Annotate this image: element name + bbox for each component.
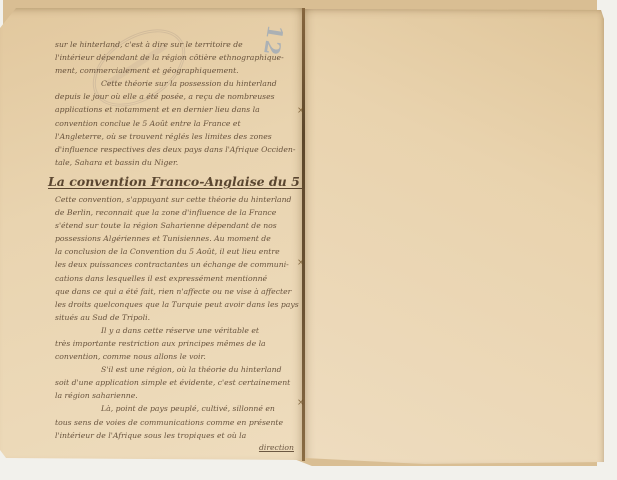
left-page: 12 sur le hinterland, c'est à dire sur l… [0,8,303,460]
manuscript-line: l'intérieur de l'Afrique sous les tropiq… [55,429,298,442]
binding-gutter [302,8,305,461]
manuscript-line: Il y a dans cette réserve une véritable … [55,324,298,337]
manuscript-line: l'intérieur dépendant de la région côtiè… [55,51,298,64]
left-page-text: sur le hinterland, c'est à dire sur le t… [55,38,298,454]
manuscript-line: applications et notamment et en dernier … [55,103,298,116]
manuscript-line: situés au Sud de Tripoli. [55,311,298,324]
manuscript-line: d'influence respectives des deux pays da… [55,143,298,156]
manuscript-line: soit d'une application simple et évident… [55,376,298,389]
manuscript-line: s'étend sur toute la région Saharienne d… [55,219,298,232]
manuscript-line: sur le hinterland, c'est à dire sur le t… [55,38,298,51]
stitch-mark-icon: × [297,106,305,116]
manuscript-line: Là, point de pays peuplé, cultivé, sillo… [55,402,298,415]
section-heading: La convention Franco-Anglaise du 5 Août. [48,171,298,192]
manuscript-line: convention conclue le 5 Août entre la Fr… [55,117,298,130]
manuscript-line: la conclusion de la Convention du 5 Août… [55,245,298,258]
manuscript-line: cations dans lesquelles il est expressém… [55,272,298,285]
stitch-mark-icon: × [297,258,305,268]
manuscript-line: tale, Sahara et bassin du Niger. [55,156,298,169]
manuscript-line: les deux puissances contractantes un éch… [55,258,298,271]
manuscript-line: possessions Algériennes et Tunisiennes. … [55,232,298,245]
manuscript-line: depuis le jour où elle a été posée, a re… [55,90,298,103]
document-scan: 12 sur le hinterland, c'est à dire sur l… [0,0,617,480]
manuscript-line: que dans ce qui a été fait, rien n'affec… [55,285,298,298]
manuscript-line: la région saharienne. [55,389,298,402]
manuscript-line: tous sens de voies de communications com… [55,416,298,429]
manuscript-scan: { "colors": { "paper": "#e9d3ae", "paper… [0,0,617,480]
catchword: direction [55,442,298,454]
stitch-mark-icon: × [297,398,305,408]
manuscript-line: ment, commercialement et géographiquemen… [55,64,298,77]
right-page: direction des courants commerciaux et le… [305,9,604,464]
manuscript-line: S'il est une région, où la théorie du hi… [55,363,298,376]
manuscript-line: de Berlin, reconnait que la zone d'influ… [55,206,298,219]
manuscript-line: les droits quelconques que la Turquie pe… [55,298,298,311]
manuscript-line: l'Angleterre, où se trouvent réglés les … [55,130,298,143]
manuscript-line: convention, comme nous allons le voir. [55,350,298,363]
manuscript-line: Cette convention, s'appuyant sur cette t… [55,193,298,206]
manuscript-line: très importante restriction aux principe… [55,337,298,350]
manuscript-line: Cette théorie sur la possession du hinte… [55,77,298,90]
